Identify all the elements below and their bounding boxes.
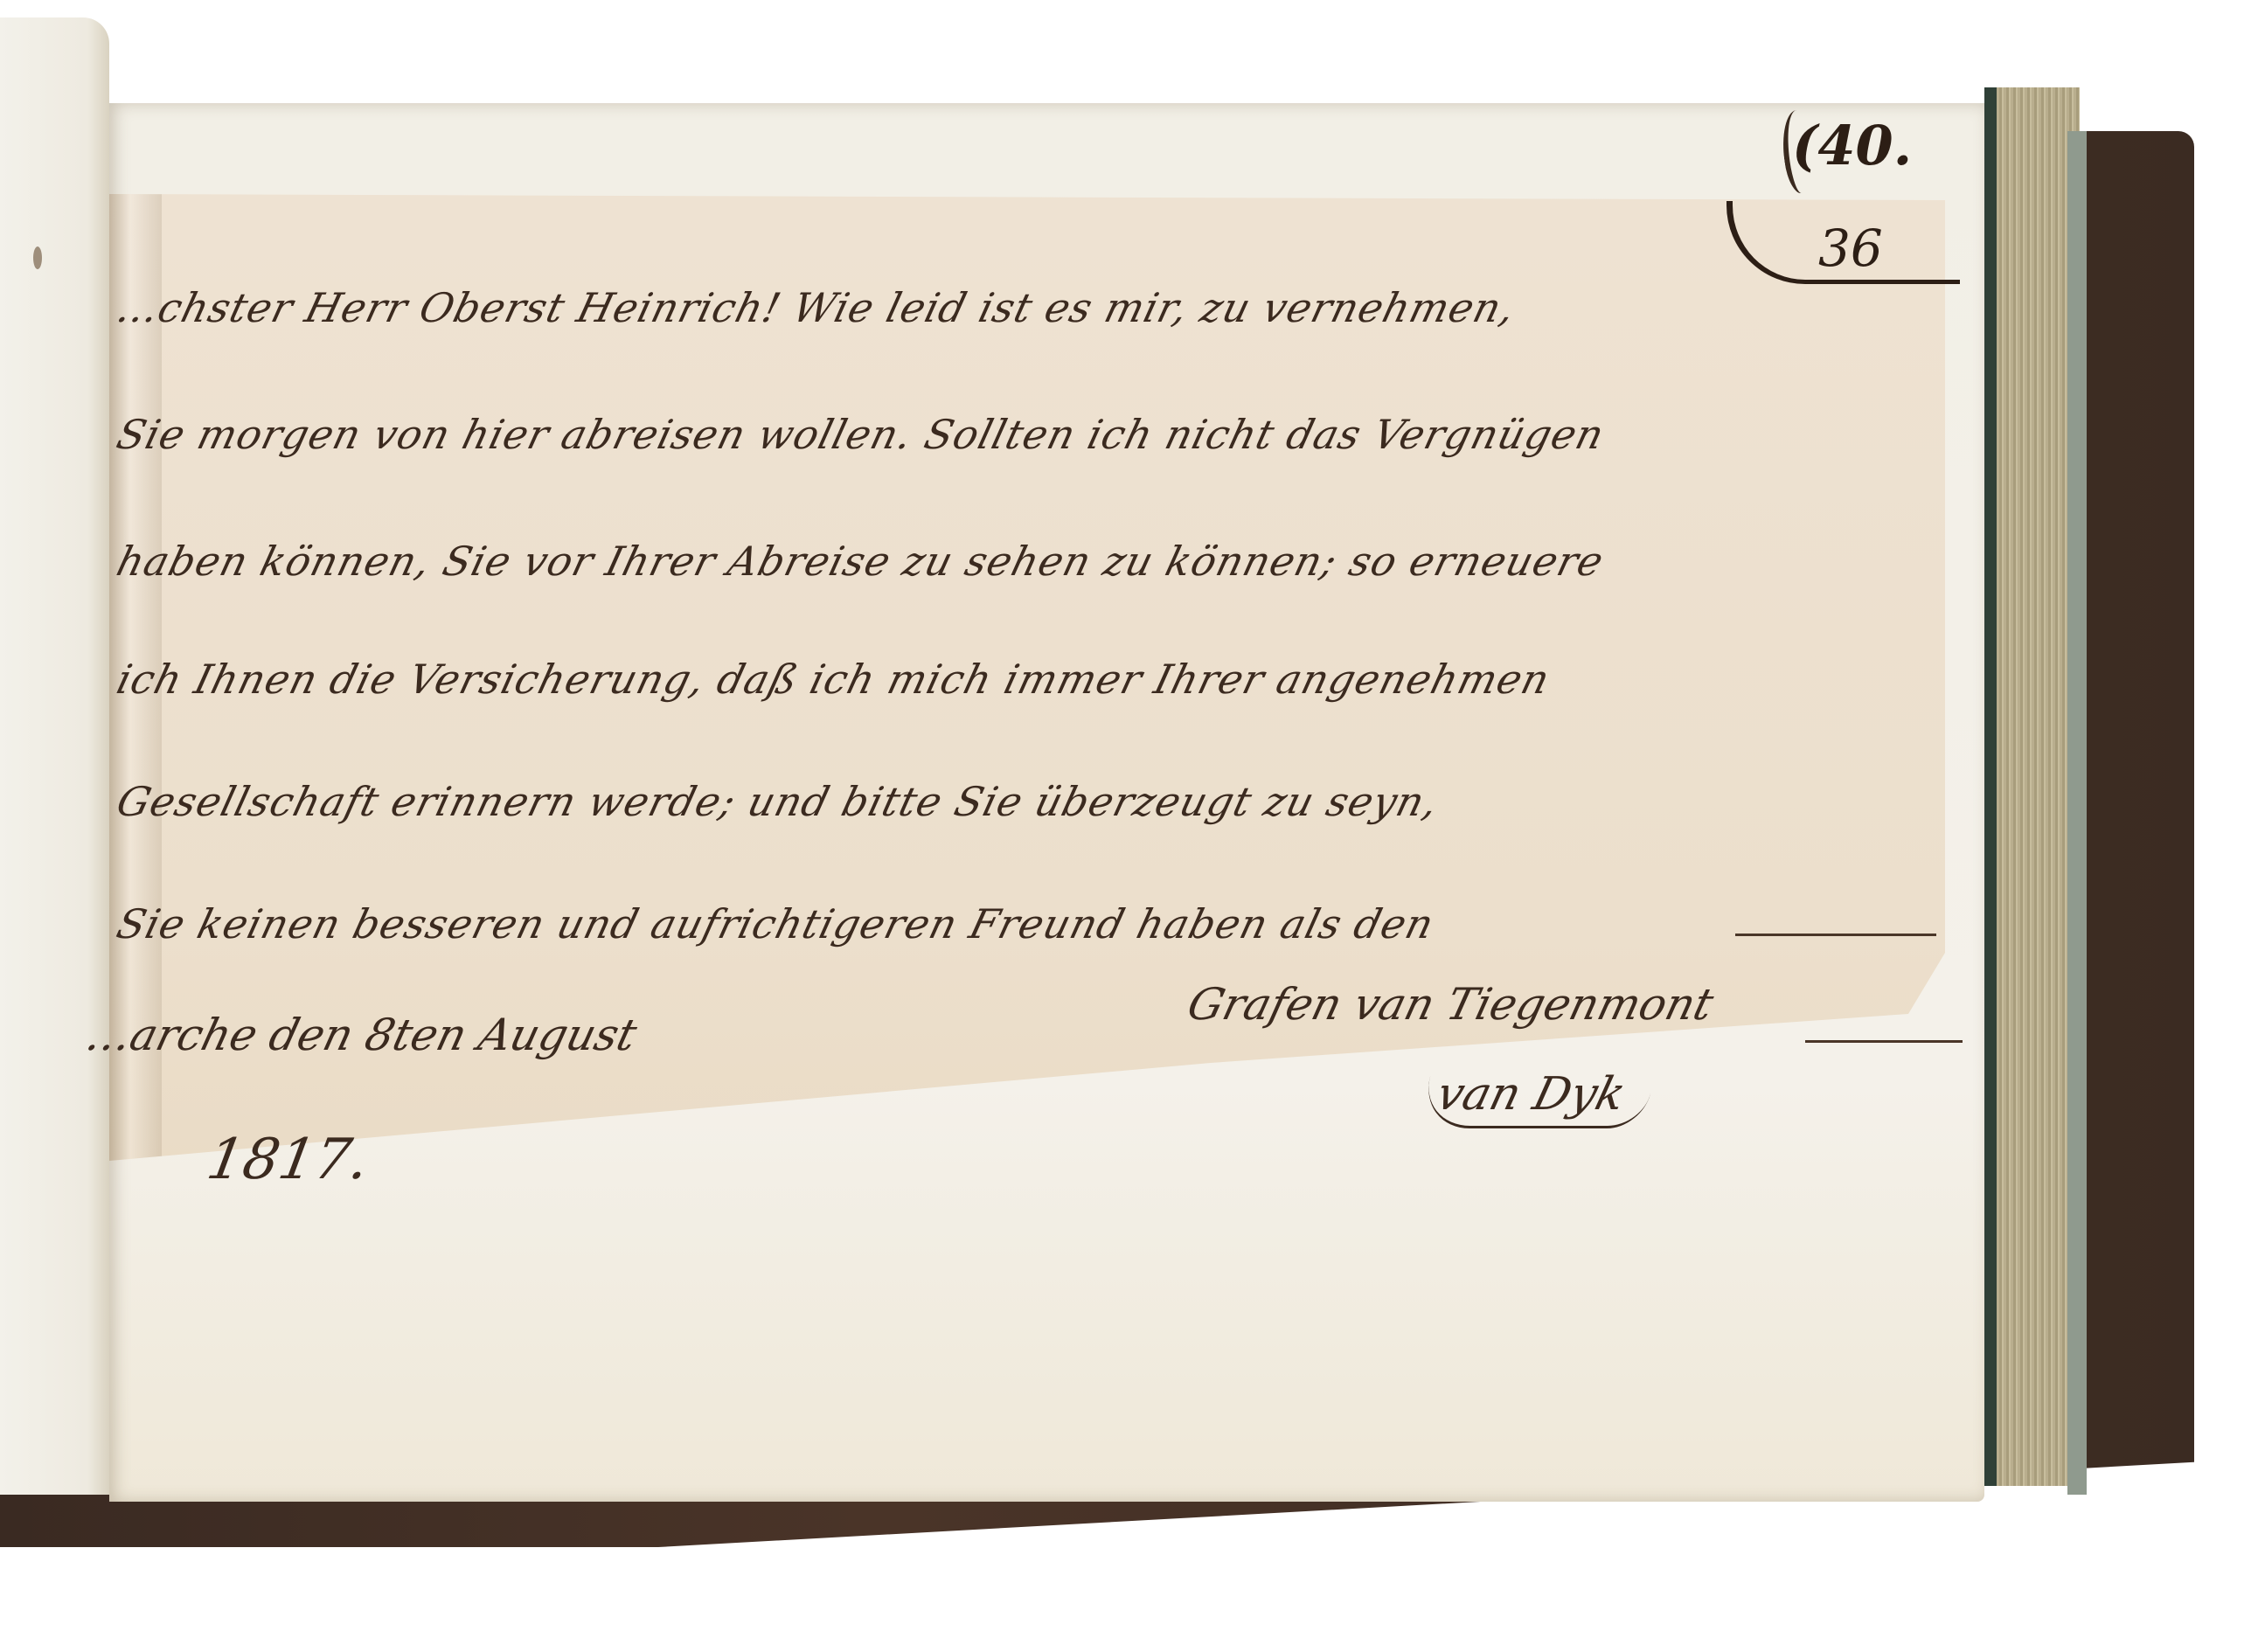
left-page [0,17,109,1495]
letter-year: 1817. [202,1128,373,1192]
endpaper-edge [2067,131,2087,1495]
letter-line-4: ich Ihnen die Versicherung, daß ich mich… [112,656,1555,703]
line-end-flourish [1735,934,1936,936]
album-page-number: (40. [1792,114,1912,177]
page-block-fore-edge [1984,87,2080,1486]
letter-line-3: haben können, Sie vor Ihrer Abreise zu s… [112,538,1608,585]
closing-flourish [1805,1040,1963,1043]
letter-closing: Grafen van Tiegenmont [1183,979,1719,1030]
letter-line-6: Sie keinen besseren und aufrichtigeren F… [112,900,1439,947]
letter-line-5: Gesellschaft erinnern werde; und bitte S… [112,778,1443,825]
signature: van Dyk [1417,1066,1657,1128]
letter-date: …arche den 8ten August [81,1010,642,1060]
ink-spot [33,246,42,269]
letter-line-1: …chster Herr Oberst Heinrich! Wie leid i… [112,284,1520,331]
letter-line-2: Sie morgen von hier abreisen wollen. Sol… [112,411,1609,458]
letter-page-number: 36 [1818,219,1883,278]
